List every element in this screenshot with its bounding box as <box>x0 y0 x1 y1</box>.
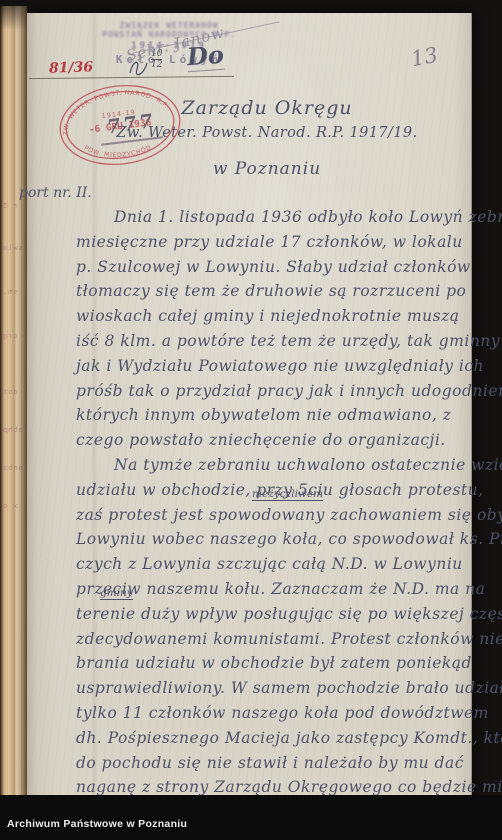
body-line: czego powstało zniechęcenie do organizac… <box>76 428 472 453</box>
body-line: zdecydowanemi komunistami. Protest człon… <box>76 627 472 652</box>
letter-body: Dnia 1. listopada 1936 odbyło koło Lowyń… <box>76 205 472 800</box>
watermark-bar: Archiwum Państwowe w Poznaniu <box>0 795 502 840</box>
body-line: wioskach całej gminy i niejednokrotnie m… <box>76 304 472 329</box>
margin-note: port nr. II. <box>19 185 92 201</box>
body-line: dh. Pośpiesznego Macieja jako zastępcy K… <box>76 726 472 751</box>
body-line: czych z Lowynia szczując całą N.D. w Low… <box>76 552 472 577</box>
body-line: brania udziału w obchodzie był zatem pon… <box>76 651 472 676</box>
recipient-intro: Do <box>186 40 225 72</box>
document-page: ZWIĄZEK WETERANÓW POWSTAŃ NARODOWYCH R.P… <box>27 13 472 803</box>
body-line: Lowyniu wobec naszego koła, co spowodowa… <box>76 527 472 552</box>
unit-stamp-name: Koło Lówyń <box>79 53 259 66</box>
body-line: miesięczne przy udziale 17 członków, w l… <box>76 230 472 255</box>
body-line: tłomaczy się tem że druhowie są rozrzuce… <box>76 279 472 304</box>
interline-insertion: gminy <box>100 587 133 600</box>
body-line: usprawiedliwiony. W samem pochodzie brał… <box>76 676 472 701</box>
ghost-showthrough-mark: org <box>2 332 18 340</box>
body-line: do pochodu się nie stawił i należało by … <box>76 751 472 776</box>
ink-monogram <box>127 57 149 79</box>
unit-stamp-line1: ZWIĄZEK WETERANÓW <box>79 21 259 30</box>
body-line: Dnia 1. listopada 1936 odbyło koło Lowyń… <box>76 205 472 230</box>
body-line: iść 8 klm. a powtóre też tem że urzędy, … <box>76 329 472 354</box>
interline-insertion: nieżyczliwem <box>252 488 323 501</box>
ghost-showthrough-mark: anbs <box>2 464 23 472</box>
body-line: tylko 11 członków naszego koła pod dowód… <box>76 701 472 726</box>
fraction-denominator: 12 <box>151 60 162 70</box>
ghost-showthrough-mark: dot <box>2 388 18 396</box>
body-line: p. Szulcowej w Lowyniu. Słaby udział czł… <box>76 255 472 280</box>
folio-number: 13 <box>409 43 440 72</box>
body-line: terenie duży wpływ posługując się po wię… <box>76 602 472 627</box>
body-line: których innym obywatelom nie odmawiano, … <box>76 403 472 428</box>
archive-watermark: Archiwum Państwowe w Poznaniu <box>7 818 187 830</box>
date-fraction: 10 12 <box>151 49 162 70</box>
body-line: przeciw naszemu kołu. Zaznaczam że N.D. … <box>76 577 472 602</box>
fraction-numerator: 10 <box>151 49 162 59</box>
book-binding-edge: r I swlo sm. org dot obhp anbs x o <box>0 6 27 802</box>
archival-scan-view: r I swlo sm. org dot obhp anbs x o ZWIĄZ… <box>0 0 502 840</box>
file-reference-number: 81/36 <box>49 59 94 77</box>
ghost-showthrough-mark: swlo <box>2 244 23 252</box>
ghost-showthrough-mark: sm. <box>2 288 18 296</box>
ghost-showthrough-mark: r I <box>2 202 18 210</box>
ghost-showthrough-mark: obhp <box>2 426 23 434</box>
body-line: zaś protest jest spowodowany zachowaniem… <box>76 503 472 528</box>
ghost-showthrough-mark: x o <box>2 502 18 510</box>
body-line: Na tymże zebraniu uchwalono ostatecznie … <box>76 453 472 478</box>
body-line: jak i Wydziału Powiatowego nie uwzględni… <box>76 354 472 379</box>
body-line: próśb tak o przydział pracy jak i innych… <box>76 379 472 404</box>
